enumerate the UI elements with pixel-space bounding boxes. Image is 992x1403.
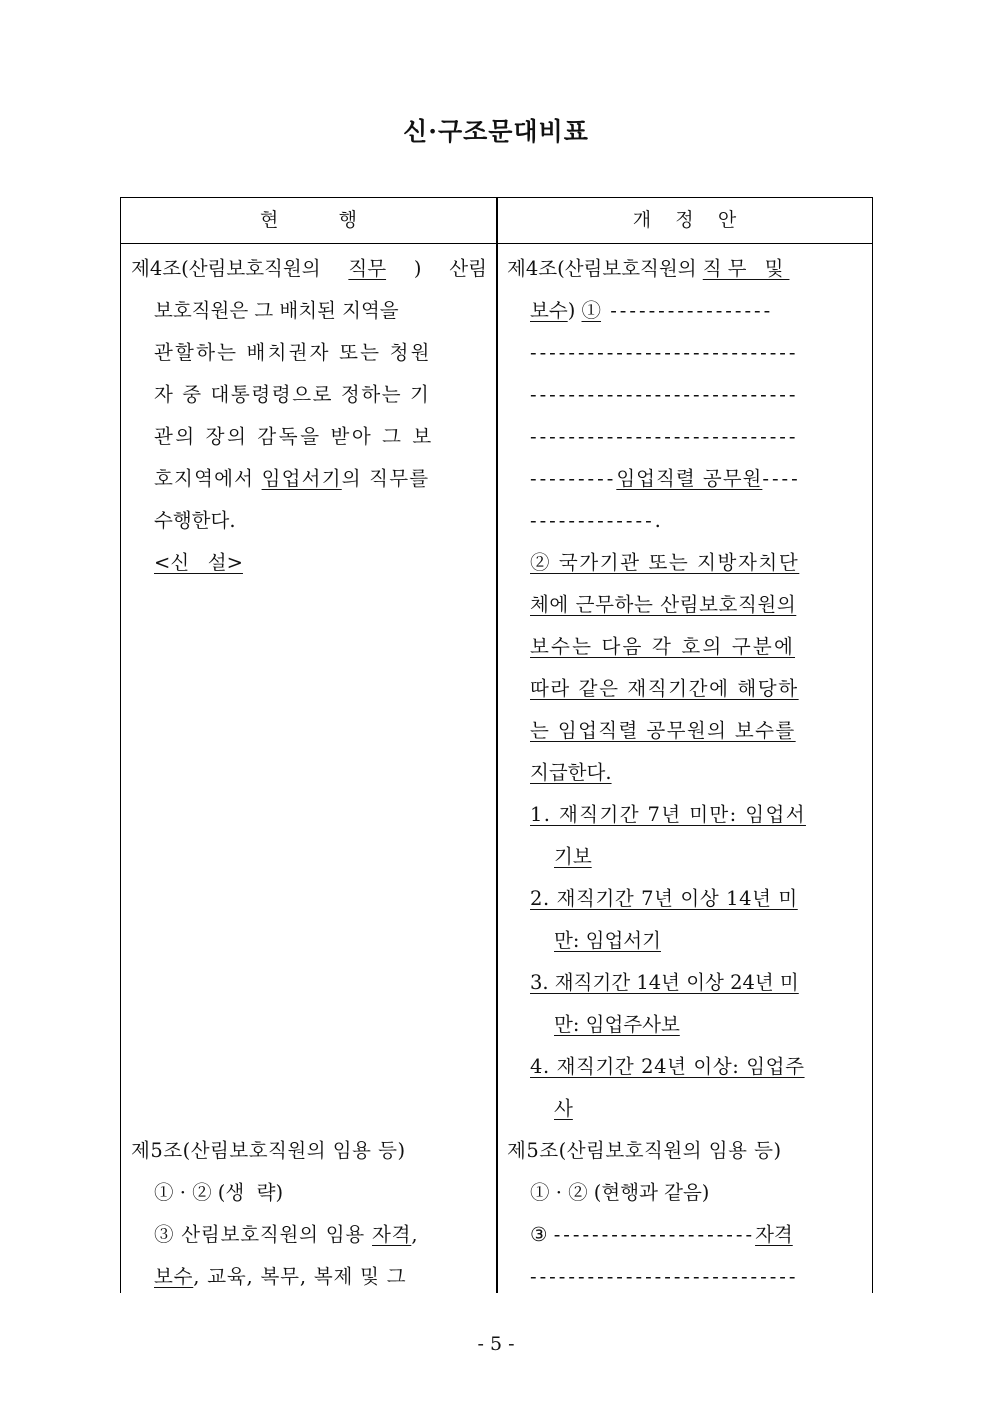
page-number: - 5 - <box>0 1333 992 1355</box>
revised-art4-para2-line-5: 는 임업직렬 공무원의 보수를 <box>530 713 796 755</box>
current-art5-line-3: ③ 산림보호직원의 임용 자격, <box>154 1217 487 1259</box>
revised-art4-para2-line-4: 따라 같은 재직기간에 해당하 <box>530 671 799 713</box>
current-art5-line-2: ① · ② (생 략) <box>154 1175 283 1217</box>
current-art4-line-7: 수행한다. <box>154 503 236 545</box>
current-art4-line-1: 제4조(산림보호직원의직무)산림 <box>131 251 487 293</box>
revised-art4-line-3: ---------------------------- <box>530 335 799 377</box>
revised-item-3-line-1: 3. 재직기간 14년 이상 24년 미 <box>530 965 799 1007</box>
revised-art4-line-2: 보수) ① ----------------- <box>530 293 863 335</box>
current-art4-line-5: 관의 장의 감독을 받아 그 보 <box>154 419 487 461</box>
revised-art4-line-6: ---------임업직렬 공무원---- <box>530 461 801 503</box>
revised-art4-line-1: 제4조(산림보호직원의 직무 및 <box>507 251 863 293</box>
current-art4-line-4: 자 중 대통령령으로 정하는 기 <box>154 377 487 419</box>
revised-art4-line-4: ---------------------------- <box>530 377 799 419</box>
current-art5-line-1: 제5조(산림보호직원의 임용 등) <box>131 1133 487 1175</box>
revised-art4-para2-line-1: ② 국가기관 또는 지방자치단 <box>530 545 799 587</box>
revised-art4-para2-line-3: 보수는 다음 각 호의 구분에 <box>530 629 795 671</box>
revised-item-1-line-2: 기보 <box>554 839 592 881</box>
revised-art5-line-2: ① · ② (현행과 같음) <box>530 1175 709 1217</box>
revised-art5-line-3: ③ ---------------------자격 <box>530 1217 793 1259</box>
revised-item-1-line-1: 1. 재직기간 7년 미만: 임업서 <box>530 797 806 839</box>
current-art4-line-6: 호지역에서 임업서기의 직무를 <box>154 461 487 503</box>
header-revised: 개 정 안 <box>497 198 872 243</box>
current-art4-line-3: 관할하는 배치권자 또는 청원 <box>154 335 487 377</box>
document-title: 신·구조문대비표 <box>0 112 992 148</box>
revised-art5-line-1: 제5조(산림보호직원의 임용 등) <box>507 1133 863 1175</box>
revised-item-2-line-1: 2. 재직기간 7년 이상 14년 미 <box>530 881 798 923</box>
revised-art4-para2-line-2: 체에 근무하는 산림보호직원의 <box>530 587 796 629</box>
current-art5-line-4: 보수, 교육, 복무, 복제 및 그 <box>154 1259 487 1301</box>
revised-art4-line-5: ---------------------------- <box>530 419 799 461</box>
revised-item-2-line-2: 만: 임업서기 <box>554 923 661 965</box>
revised-art5-line-4: ---------------------------- <box>530 1259 799 1301</box>
header-current: 현 행 <box>121 198 496 243</box>
revised-art4-line-7: -------------. <box>530 503 664 545</box>
current-art4-line-2: 보호직원은 그 배치된 지역을 <box>154 293 487 335</box>
revised-item-4-line-2: 사 <box>554 1091 573 1133</box>
revised-item-4-line-1: 4. 재직기간 24년 이상: 임업주 <box>530 1049 805 1091</box>
column-divider <box>496 198 498 1293</box>
comparison-table: 현 행 개 정 안 제4조(산림보호직원의직무)산림 보호직원은 그 배치된 지… <box>120 197 873 1293</box>
revised-item-3-line-2: 만: 임업주사보 <box>554 1007 680 1049</box>
revised-art4-para2-line-6: 지급한다. <box>530 755 612 797</box>
new-provision-marker: <신 설> <box>154 545 243 587</box>
